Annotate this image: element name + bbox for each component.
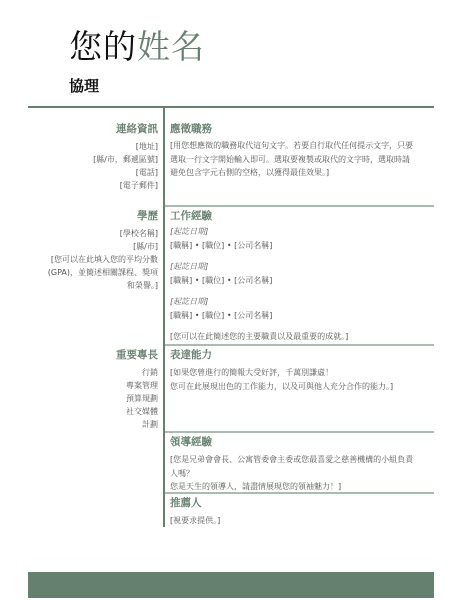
experience-summary[interactable]: [您可以在此簡述您的主要職責以及最重要的成就。] [170,330,432,344]
contact-address[interactable]: [地址] [93,140,158,153]
contact-block: [地址] [縣/市，郵遞區號] [電話] [電子郵件] [93,140,158,192]
skill-item[interactable]: 計劃 [126,418,158,431]
leadership-line: 人嗎？ [170,467,432,481]
section-divider [165,492,434,494]
education-desc[interactable]: 和榮譽。] [48,279,158,292]
section-divider [165,205,434,207]
column-divider [163,107,165,527]
communication-line: [如果您曾進行的簡報大受好評，千萬別謙虛！ [170,366,432,380]
name-first[interactable]: 您的 [69,27,137,66]
job-date[interactable]: [起訖日期] [170,295,432,309]
skill-item[interactable]: 行銷 [126,366,158,379]
communication-text[interactable]: [如果您曾進行的簡報大受好評，千萬別謙虛！ 您可在此展現出色的工作能力，以及可與… [170,366,432,393]
objective-line: 避免包含字元右側的空格，以獲得最佳效果。] [170,166,432,180]
contact-email[interactable]: [電子郵件] [93,179,158,192]
header-divider [28,106,434,108]
education-desc[interactable]: (GPA)，並簡述相關課程、獎項 [48,266,158,279]
skill-item[interactable]: 社交媒體 [126,405,158,418]
contact-city[interactable]: [縣/市，郵遞區號] [93,153,158,166]
resume-name[interactable]: 您的姓名 [69,26,205,68]
references-text[interactable]: [視要求提供。] [170,514,432,528]
section-divider [165,344,434,346]
education-heading[interactable]: 學歷 [137,209,158,223]
skills-heading[interactable]: 重要專長 [116,348,158,362]
experience-heading[interactable]: 工作經驗 [170,209,212,223]
contact-phone[interactable]: [電話] [93,166,158,179]
job-date[interactable]: [起訖日期] [170,225,432,239]
objective-text[interactable]: [用您想應徵的職務取代這句文字。若要自行取代任何提示文字，只要 選取一行文字開始… [170,139,432,180]
communication-heading[interactable]: 表達能力 [170,348,212,362]
job-detail[interactable]: [職稱] • [職位] • [公司名稱] [170,309,432,323]
skills-list: 行銷 專案管理 預算規劃 社交媒體 計劃 [126,366,158,431]
resume-role[interactable]: 協理 [69,76,99,96]
education-school[interactable]: [學校名稱] [48,227,158,240]
job-detail[interactable]: [職稱] • [職位] • [公司名稱] [170,274,432,288]
footer-bar [28,572,434,598]
objective-heading[interactable]: 應徵職務 [170,122,212,136]
name-last[interactable]: 姓名 [137,27,205,66]
leadership-heading[interactable]: 領導經驗 [170,435,212,449]
references-heading[interactable]: 推薦人 [170,496,202,510]
leadership-text[interactable]: [您是兄弟會會長、公寓管委會主委或您最喜愛之慈善機構的小組負責 人嗎？ 您是天生… [170,453,432,494]
objective-line: [用您想應徵的職務取代這句文字。若要自行取代任何提示文字，只要 [170,139,432,153]
contact-heading[interactable]: 連絡資訊 [116,122,158,136]
skill-item[interactable]: 專案管理 [126,379,158,392]
skill-item[interactable]: 預算規劃 [126,392,158,405]
education-desc[interactable]: [您可以在此填入您的平均分數 [48,253,158,266]
communication-line: 您可在此展現出色的工作能力，以及可與他人充分合作的能力。] [170,380,432,394]
job-date[interactable]: [起訖日期] [170,260,432,274]
job-detail[interactable]: [職稱] • [職位] • [公司名稱] [170,239,432,253]
section-divider [165,431,434,433]
experience-block: [起訖日期] [職稱] • [職位] • [公司名稱] [起訖日期] [職稱] … [170,225,432,344]
education-block: [學校名稱] [縣/市] [您可以在此填入您的平均分數 (GPA)，並簡述相關課… [48,227,158,292]
education-city[interactable]: [縣/市] [48,240,158,253]
leadership-line: [您是兄弟會會長、公寓管委會主委或您最喜愛之慈善機構的小組負責 [170,453,432,467]
objective-line: 選取一行文字開始輸入即可。選取要複製或取代的文字時，選取時請 [170,153,432,167]
